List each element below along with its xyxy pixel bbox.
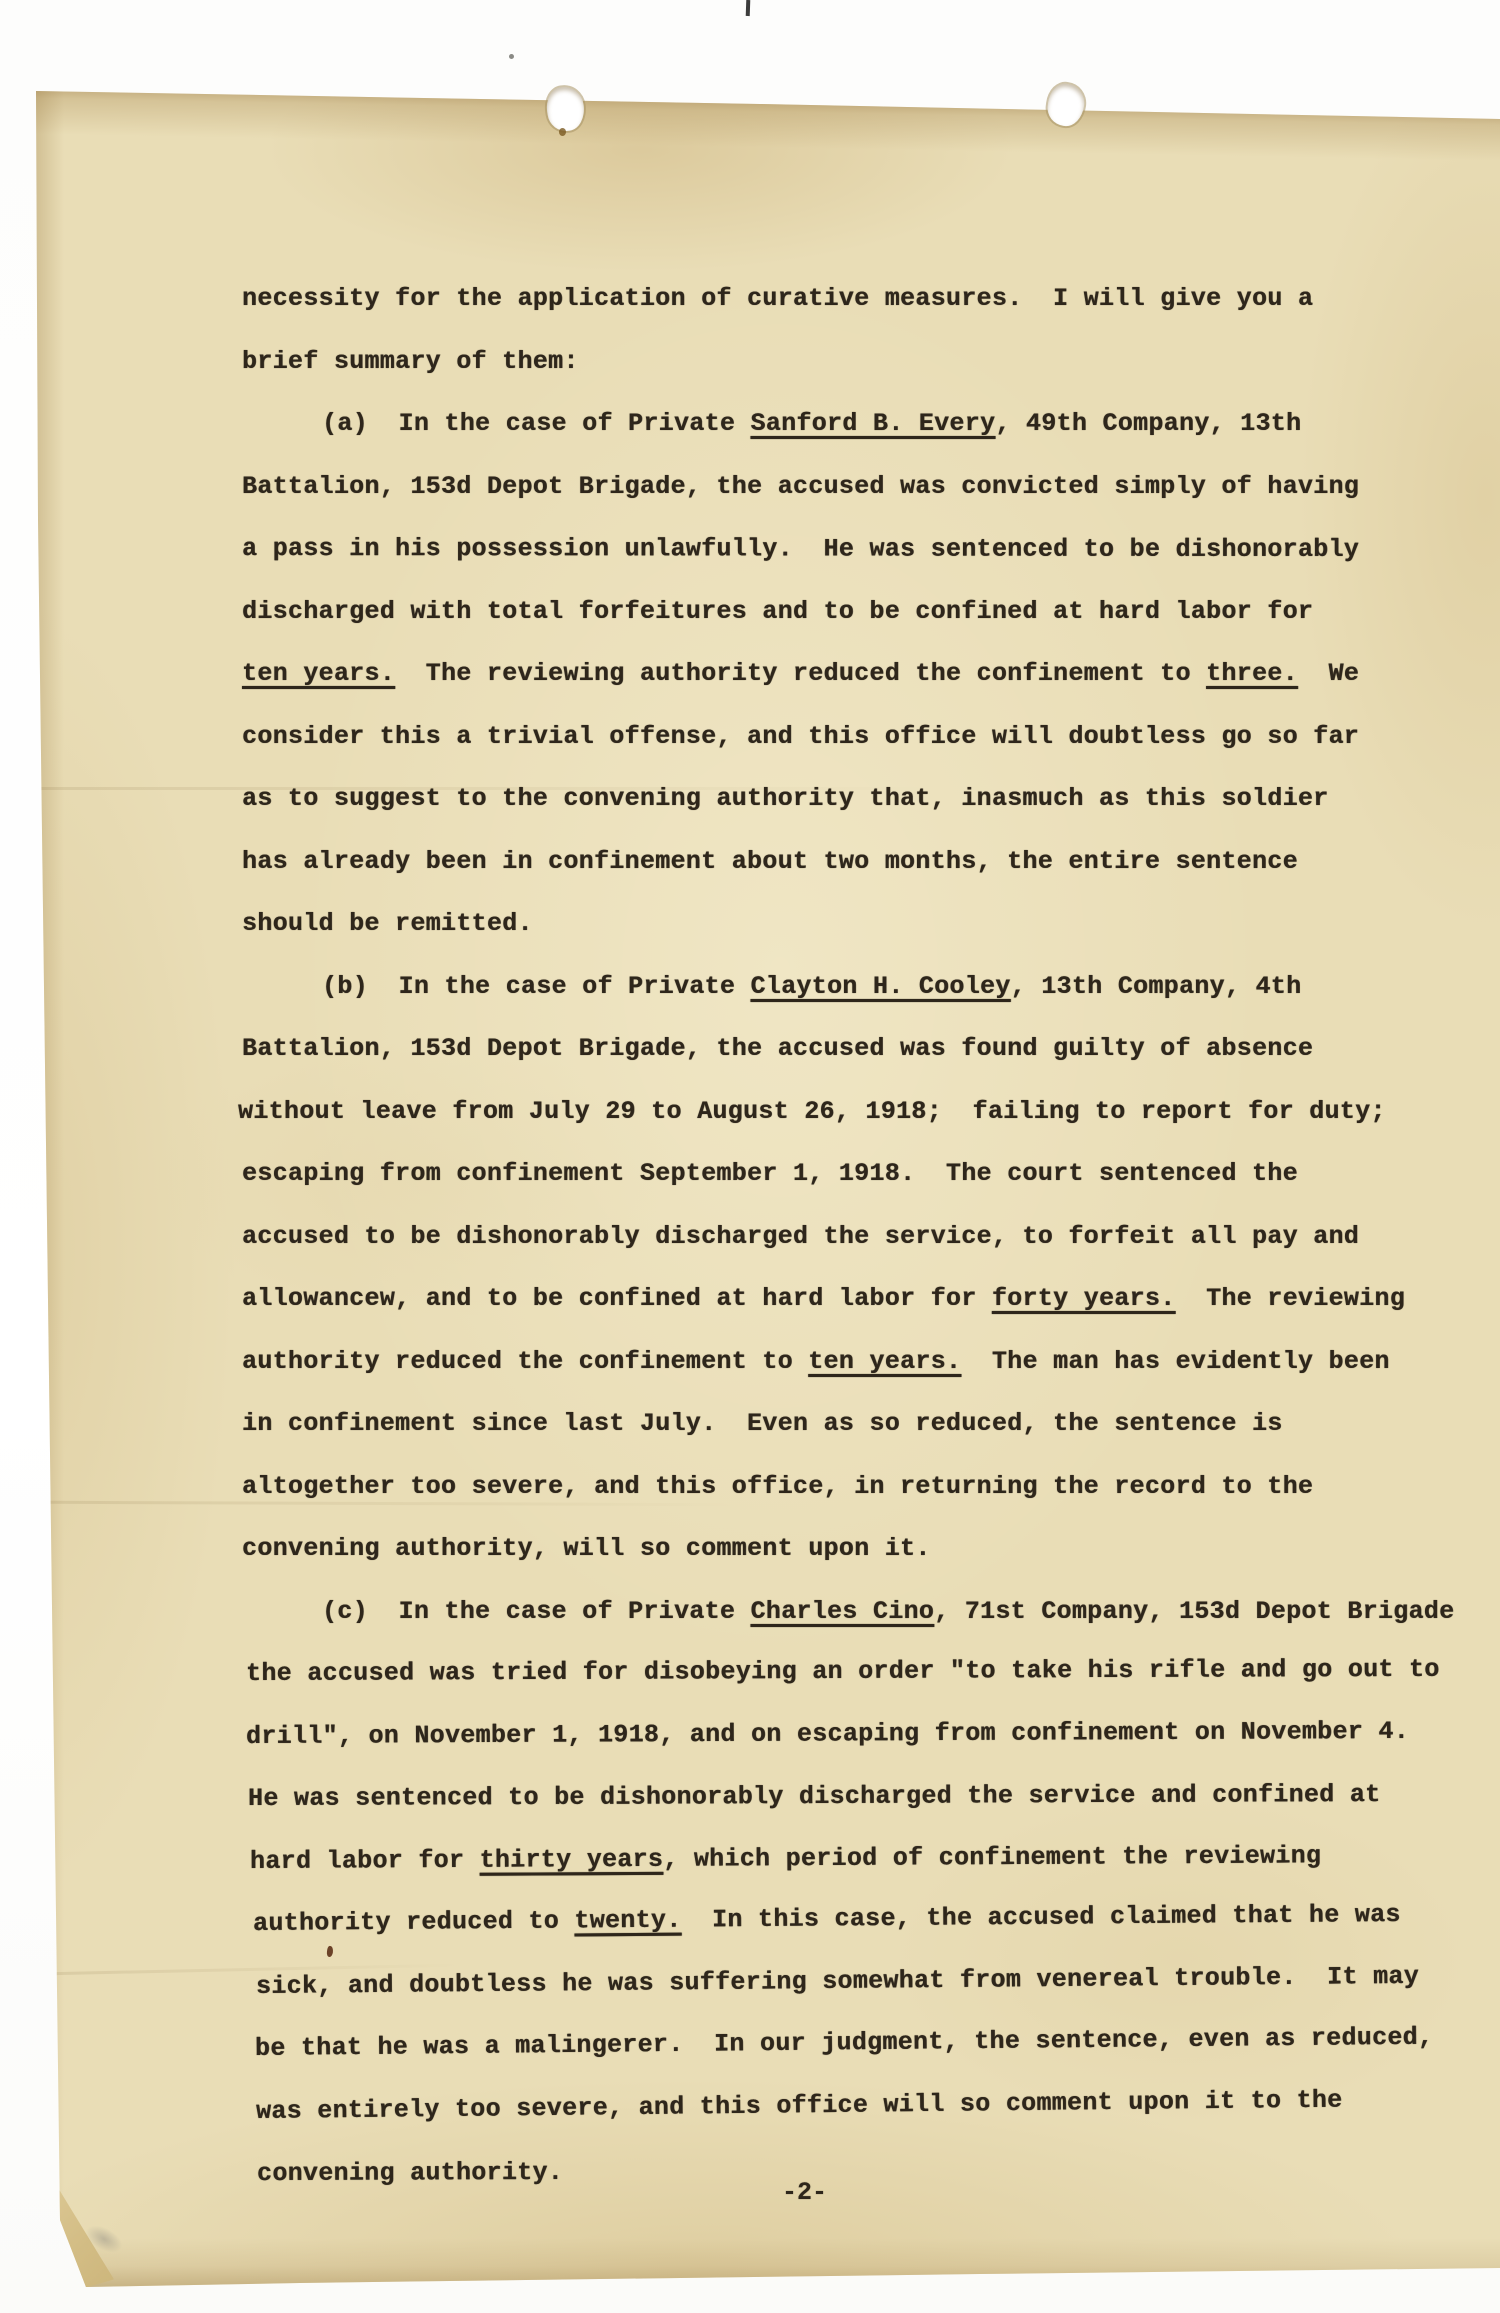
text-segment: in confinement since last July. Even as … bbox=[242, 1409, 1283, 1438]
text-segment: , 71st Company, 153d Depot Brigade bbox=[934, 1597, 1454, 1626]
typed-line: ten years. The reviewing authority reduc… bbox=[242, 656, 1359, 692]
underlined-phrase: forty years. bbox=[992, 1284, 1176, 1313]
text-segment: convening authority. bbox=[257, 2158, 563, 2188]
typed-line: (a) In the case of Private Sanford B. Ev… bbox=[322, 406, 1301, 442]
typed-line: Battalion, 153d Depot Brigade, the accus… bbox=[242, 1031, 1313, 1067]
typed-line: (c) In the case of Private Charles Cino,… bbox=[322, 1594, 1454, 1630]
underlined-phrase: ten years. bbox=[808, 1347, 961, 1376]
underlined-phrase: three. bbox=[1206, 659, 1298, 688]
text-segment: (a) In the case of Private bbox=[322, 409, 750, 438]
typed-line: Battalion, 153d Depot Brigade, the accus… bbox=[242, 469, 1359, 505]
text-segment: convening authority, will so comment upo… bbox=[242, 1534, 931, 1563]
text-segment: discharged with total forfeitures and to… bbox=[242, 597, 1313, 626]
text-segment: escaping from confinement September 1, 1… bbox=[242, 1159, 1298, 1188]
text-segment: , which period of confinement the review… bbox=[663, 1841, 1321, 1873]
typed-line: should be remitted. bbox=[242, 906, 533, 942]
typed-line: discharged with total forfeitures and to… bbox=[242, 594, 1313, 630]
text-segment: Battalion, 153d Depot Brigade, the accus… bbox=[242, 472, 1359, 501]
paper-sheet: necessity for the application of curativ… bbox=[0, 0, 1500, 2313]
text-segment: has already been in confinement about tw… bbox=[242, 847, 1298, 876]
typed-line: convening authority. bbox=[257, 2155, 563, 2192]
text-segment: be that he was a malingerer. In our judg… bbox=[255, 2023, 1434, 2063]
typed-line: escaping from confinement September 1, 1… bbox=[242, 1156, 1298, 1192]
scan-background: necessity for the application of curativ… bbox=[0, 0, 1500, 2313]
typed-line: hard labor for thirty years, which perio… bbox=[250, 1838, 1321, 1880]
text-segment: was entirely too severe, and this office… bbox=[256, 2085, 1343, 2125]
text-segment: We bbox=[1298, 659, 1359, 688]
page-number: -2- bbox=[782, 2178, 827, 2207]
typed-line: He was sentenced to be dishonorably disc… bbox=[248, 1777, 1381, 1817]
typed-line: allowancew, and to be confined at hard l… bbox=[242, 1281, 1405, 1317]
text-segment: authority reduced the confinement to bbox=[242, 1347, 808, 1376]
underlined-phrase: twenty. bbox=[574, 1906, 681, 1936]
underlined-phrase: Charles Cino bbox=[750, 1597, 934, 1626]
text-segment: , 49th Company, 13th bbox=[995, 409, 1301, 438]
underlined-phrase: ten years. bbox=[242, 659, 395, 688]
typed-text-block: necessity for the application of curativ… bbox=[0, 0, 1500, 2313]
text-segment: The man has evidently been bbox=[961, 1347, 1389, 1376]
text-segment: sick, and doubtless he was suffering som… bbox=[256, 1961, 1419, 2000]
underlined-phrase: Sanford B. Every bbox=[750, 409, 995, 438]
text-segment: In this case, the accused claimed that h… bbox=[681, 1900, 1400, 1935]
typed-line: was entirely too severe, and this office… bbox=[256, 2082, 1343, 2129]
text-segment: The reviewing authority reduced the conf… bbox=[395, 659, 1206, 688]
text-segment: accused to be dishonorably discharged th… bbox=[242, 1222, 1359, 1251]
typed-line: as to suggest to the convening authority… bbox=[242, 781, 1328, 817]
typed-line: authority reduced to twenty. In this cas… bbox=[253, 1897, 1401, 1942]
text-segment: , 13th Company, 4th bbox=[1011, 972, 1302, 1001]
text-segment: allowancew, and to be confined at hard l… bbox=[242, 1284, 992, 1313]
typed-line: in confinement since last July. Even as … bbox=[242, 1406, 1283, 1442]
text-segment: without leave from July 29 to August 26,… bbox=[238, 1097, 1386, 1126]
typed-line: the accused was tried for disobeying an … bbox=[246, 1652, 1440, 1692]
typed-line: consider this a trivial offense, and thi… bbox=[242, 719, 1359, 755]
text-segment: (c) In the case of Private bbox=[322, 1597, 750, 1626]
underlined-phrase: Clayton H. Cooley bbox=[750, 972, 1010, 1001]
scanner-mark bbox=[746, 0, 751, 16]
typed-line: has already been in confinement about tw… bbox=[242, 844, 1298, 880]
scanner-speck bbox=[509, 54, 514, 59]
text-segment: consider this a trivial offense, and thi… bbox=[242, 722, 1359, 751]
typed-line: accused to be dishonorably discharged th… bbox=[242, 1219, 1359, 1255]
text-segment: He was sentenced to be dishonorably disc… bbox=[248, 1780, 1380, 1813]
text-segment: (b) In the case of Private bbox=[322, 972, 750, 1001]
typed-line: drill", on November 1, 1918, and on esca… bbox=[246, 1713, 1409, 1754]
typed-line: be that he was a malingerer. In our judg… bbox=[255, 2020, 1434, 2067]
typed-line: necessity for the application of curativ… bbox=[242, 281, 1313, 317]
text-segment: Battalion, 153d Depot Brigade, the accus… bbox=[242, 1034, 1313, 1063]
text-segment: a pass in his possession unlawfully. He … bbox=[242, 534, 1359, 564]
typed-line: sick, and doubtless he was suffering som… bbox=[256, 1958, 1419, 2004]
text-segment: drill", on November 1, 1918, and on esca… bbox=[246, 1716, 1409, 1750]
text-segment: hard labor for bbox=[250, 1845, 480, 1875]
text-segment: brief summary of them: bbox=[242, 347, 579, 376]
typed-line: altogether too severe, and this office, … bbox=[242, 1469, 1313, 1505]
text-segment: as to suggest to the convening authority… bbox=[242, 784, 1328, 813]
text-segment: altogether too severe, and this office, … bbox=[242, 1472, 1313, 1501]
punch-hole-speck bbox=[559, 128, 566, 136]
text-segment: should be remitted. bbox=[242, 909, 533, 938]
text-segment: The reviewing bbox=[1175, 1284, 1405, 1313]
underlined-phrase: thirty years bbox=[479, 1844, 663, 1874]
typed-line: (b) In the case of Private Clayton H. Co… bbox=[322, 969, 1301, 1005]
typed-line: convening authority, will so comment upo… bbox=[242, 1531, 931, 1567]
text-segment: the accused was tried for disobeying an … bbox=[246, 1655, 1440, 1688]
typed-line: a pass in his possession unlawfully. He … bbox=[242, 531, 1359, 568]
text-segment: necessity for the application of curativ… bbox=[242, 284, 1313, 313]
typed-line: without leave from July 29 to August 26,… bbox=[238, 1094, 1386, 1130]
typed-line: brief summary of them: bbox=[242, 344, 579, 380]
typed-line: authority reduced the confinement to ten… bbox=[242, 1344, 1390, 1380]
text-segment: authority reduced to bbox=[253, 1906, 575, 1938]
